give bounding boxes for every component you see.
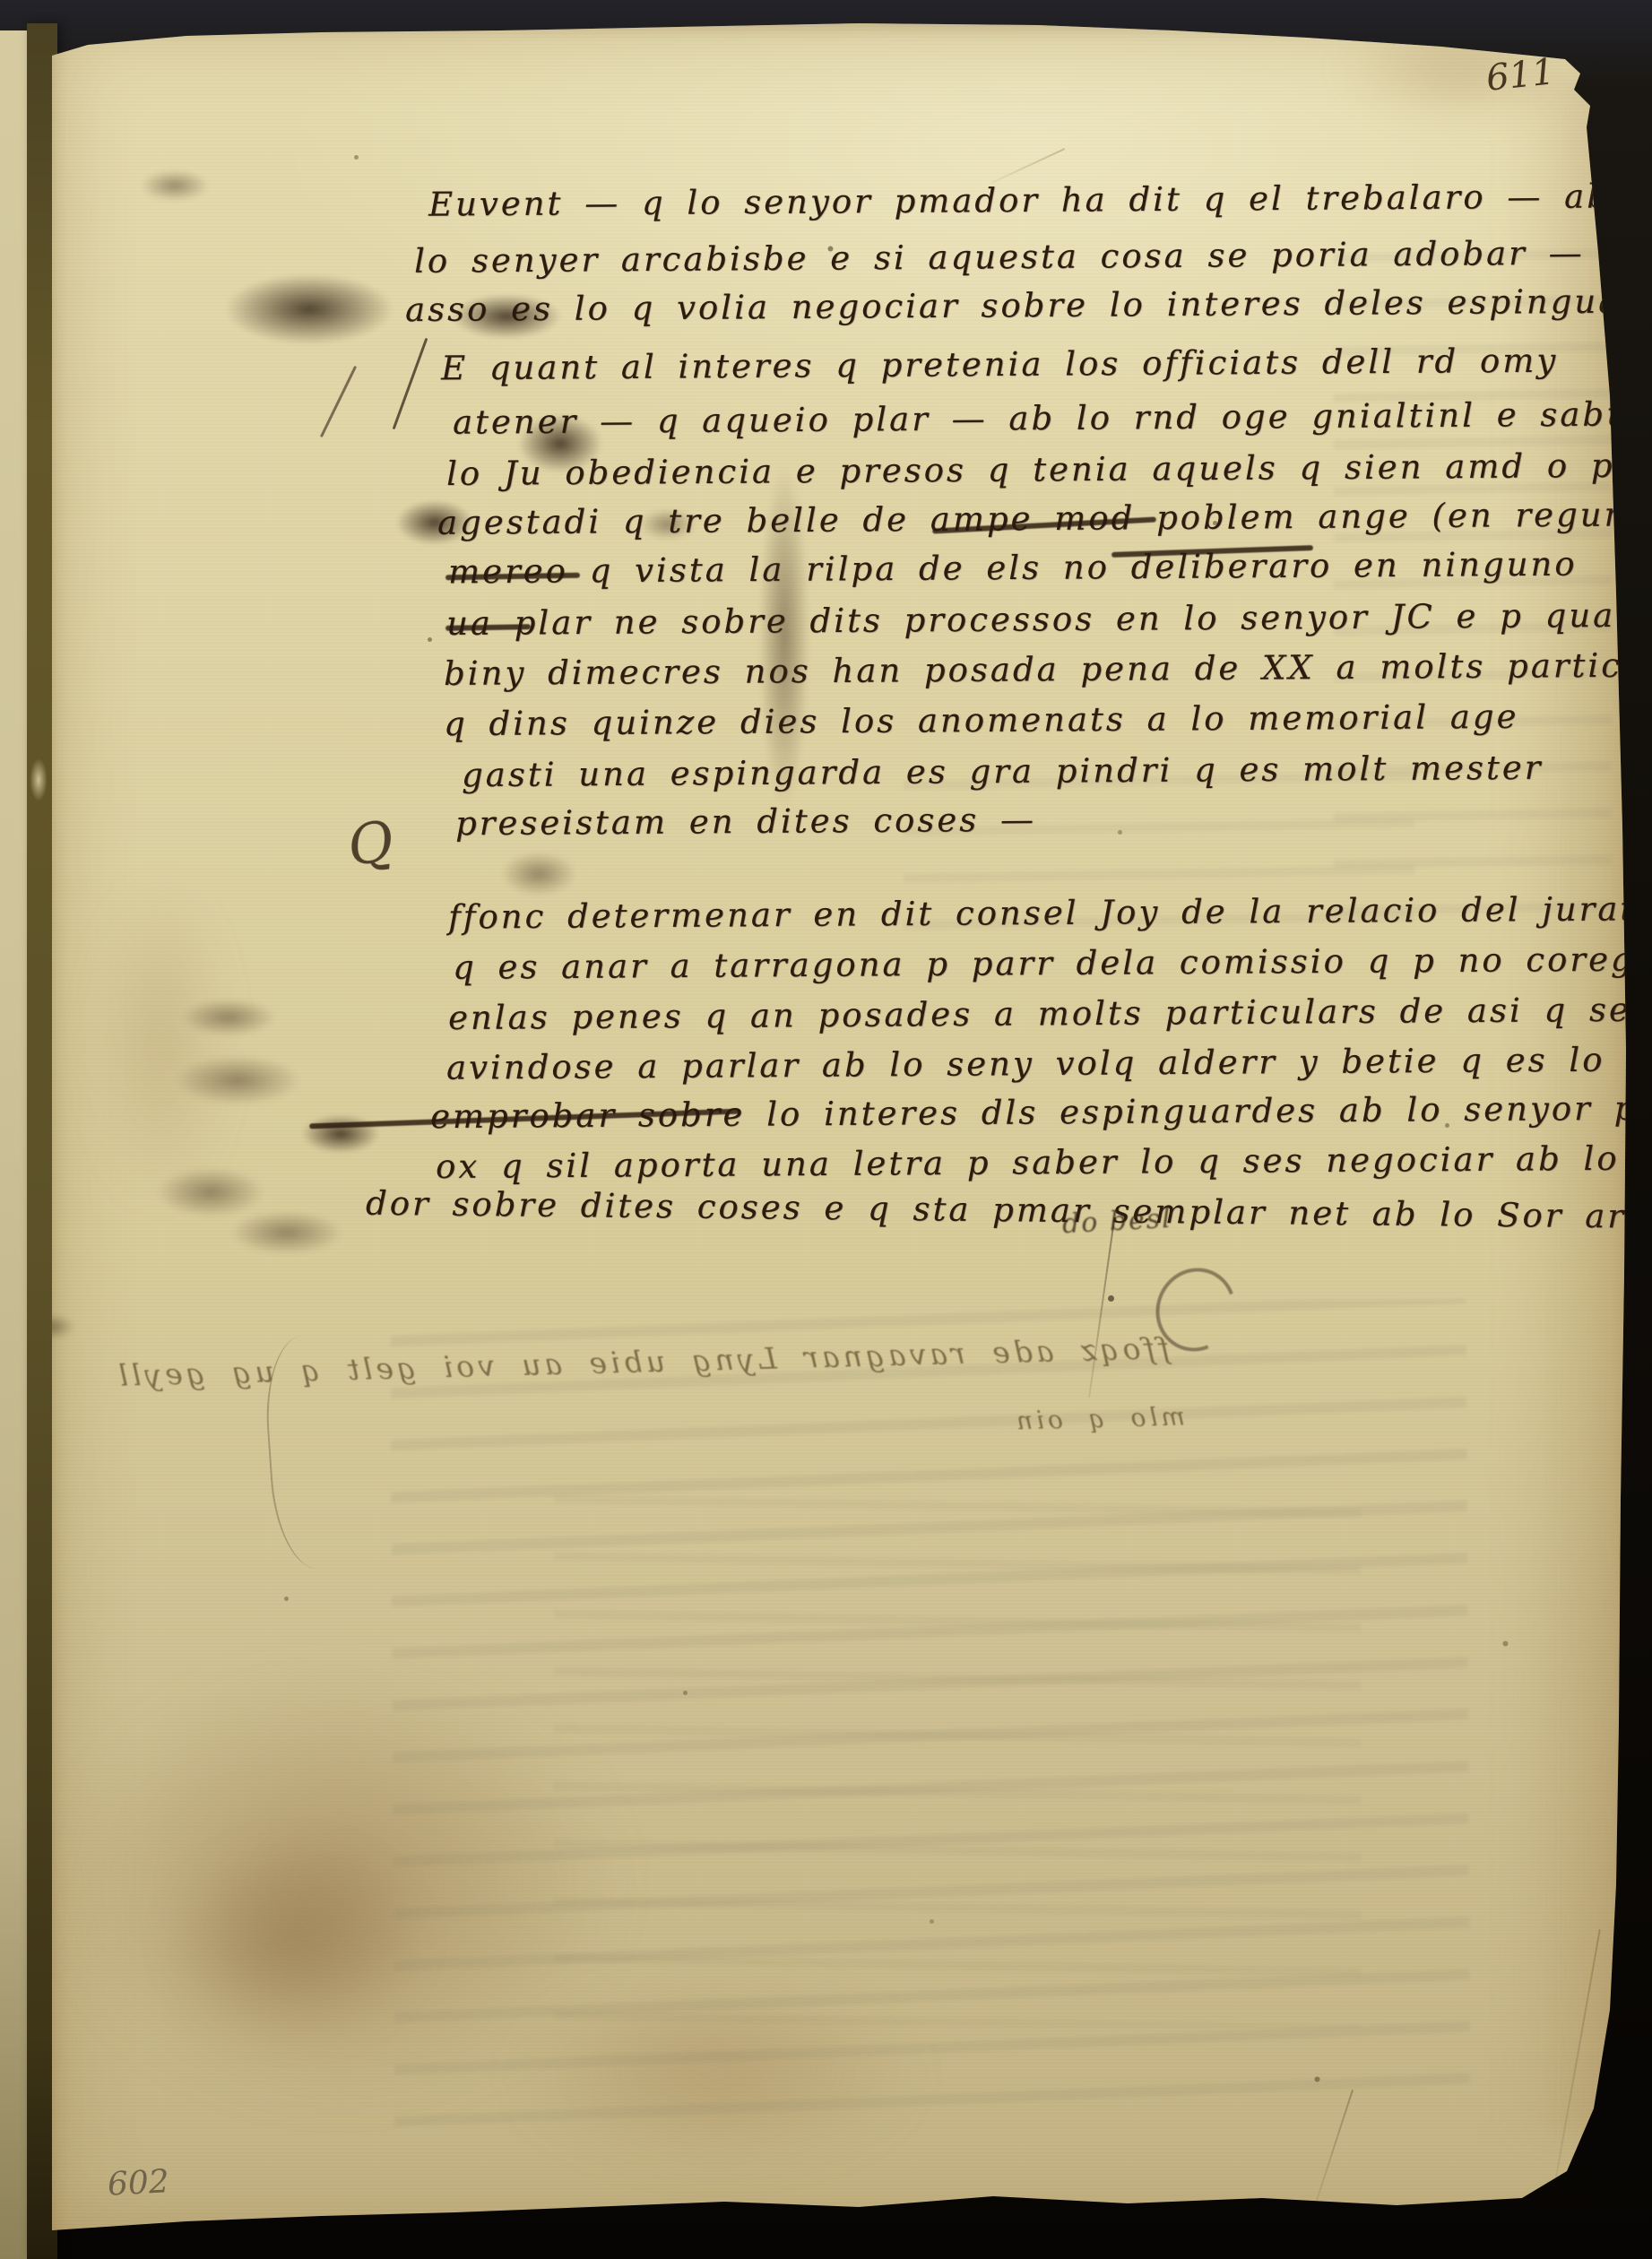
handwritten-line: lo senyer arcabisbe e si aquesta cosa se… xyxy=(414,236,1648,279)
verso-bleed-through xyxy=(391,1299,1471,2129)
ink-smudge xyxy=(287,1107,394,1161)
mirrored-offset-note: ffoqz ade ravagnar Lyng ubie au voi gelt… xyxy=(220,1332,1171,1389)
handwritten-line: dor sobre dites coses e q sta pmar sempl… xyxy=(366,1187,1652,1236)
paper-crease xyxy=(1549,1929,1601,2211)
pen-slash-flourish xyxy=(320,366,357,437)
margin-offset-smudge xyxy=(193,260,426,359)
mirrored-offset-note: mlo q oin xyxy=(1013,1403,1186,1435)
manuscript-page: 611 Euvent — q lo senyor pmador ha dit q… xyxy=(52,20,1630,2236)
water-stain-bottom-left xyxy=(0,1580,733,2189)
handwritten-line: Euvent — q lo senyor pmador ha dit q el … xyxy=(428,179,1611,222)
water-stain-bottom-middle xyxy=(428,1938,1002,2207)
margin-offset-smudge xyxy=(125,163,224,208)
handwritten-line: biny dimecres nos han posada pena de XX … xyxy=(444,648,1652,692)
margin-offset-smudge xyxy=(134,1156,287,1228)
signature-smudge: do besl xyxy=(1061,1206,1172,1238)
top-edge-stain xyxy=(1289,0,1630,145)
pen-flourish-q: Q xyxy=(344,813,397,874)
paper-crease xyxy=(991,148,1065,184)
handwritten-line: avindose a parlar ab lo seny volq alderr… xyxy=(446,1043,1650,1086)
scan-background: { "colors": { "mat": "#141210", "page": … xyxy=(0,0,1652,2259)
handwritten-line: lo Ju obediencia e presos q tenia aquels… xyxy=(446,448,1652,492)
handwritten-line: q dins quinze dies los anomenats a lo me… xyxy=(444,700,1519,742)
ink-smudge xyxy=(485,843,592,905)
margin-stain-left xyxy=(61,809,258,1275)
handwritten-line: mereo q vista la rilpa de els no deliber… xyxy=(448,548,1578,591)
verso-bleed-through xyxy=(554,1472,1361,2028)
margin-offset-smudge xyxy=(161,991,296,1044)
handwritten-line: ffonc determenar en dit consel Joy de la… xyxy=(448,892,1636,935)
folio-number-top: 611 xyxy=(1484,54,1556,97)
handwritten-line: ua plar ne sobre dits processos en lo se… xyxy=(446,598,1652,642)
paper-crease xyxy=(1316,2090,1354,2201)
handwritten-line: gasti una espingarda es gra pindri q es … xyxy=(462,751,1544,793)
handwritten-line: ox q sil aporta una letra p saber lo q s… xyxy=(436,1141,1652,1185)
handwritten-line: atener — q aqueio plar — ab lo rnd oge g… xyxy=(453,397,1652,440)
handwritten-line: E quant al interes q pretenia los offici… xyxy=(441,344,1558,387)
pen-slash-flourish xyxy=(393,338,428,430)
handwritten-line: preseistam en dites coses — xyxy=(455,803,1036,842)
handwritten-line: asso es lo q volia negociar sobre lo int… xyxy=(405,284,1652,328)
pen-hairline xyxy=(1088,1220,1115,1398)
fox-spots xyxy=(52,20,55,22)
handwritten-line: agestadi q tre belle de ampe mod poblem … xyxy=(437,498,1651,541)
margin-offset-smudge xyxy=(148,1044,327,1116)
water-stain-core xyxy=(106,1795,482,2090)
handwritten-line: q es anar a tarragona p parr dela comiss… xyxy=(453,942,1652,985)
handwritten-line: enlas penes q an posades a molts particu… xyxy=(448,992,1652,1036)
margin-offset-smudge xyxy=(206,1201,368,1264)
gutter-paper-tear xyxy=(27,751,50,809)
folio-number-bottom: 602 xyxy=(107,2166,170,2202)
